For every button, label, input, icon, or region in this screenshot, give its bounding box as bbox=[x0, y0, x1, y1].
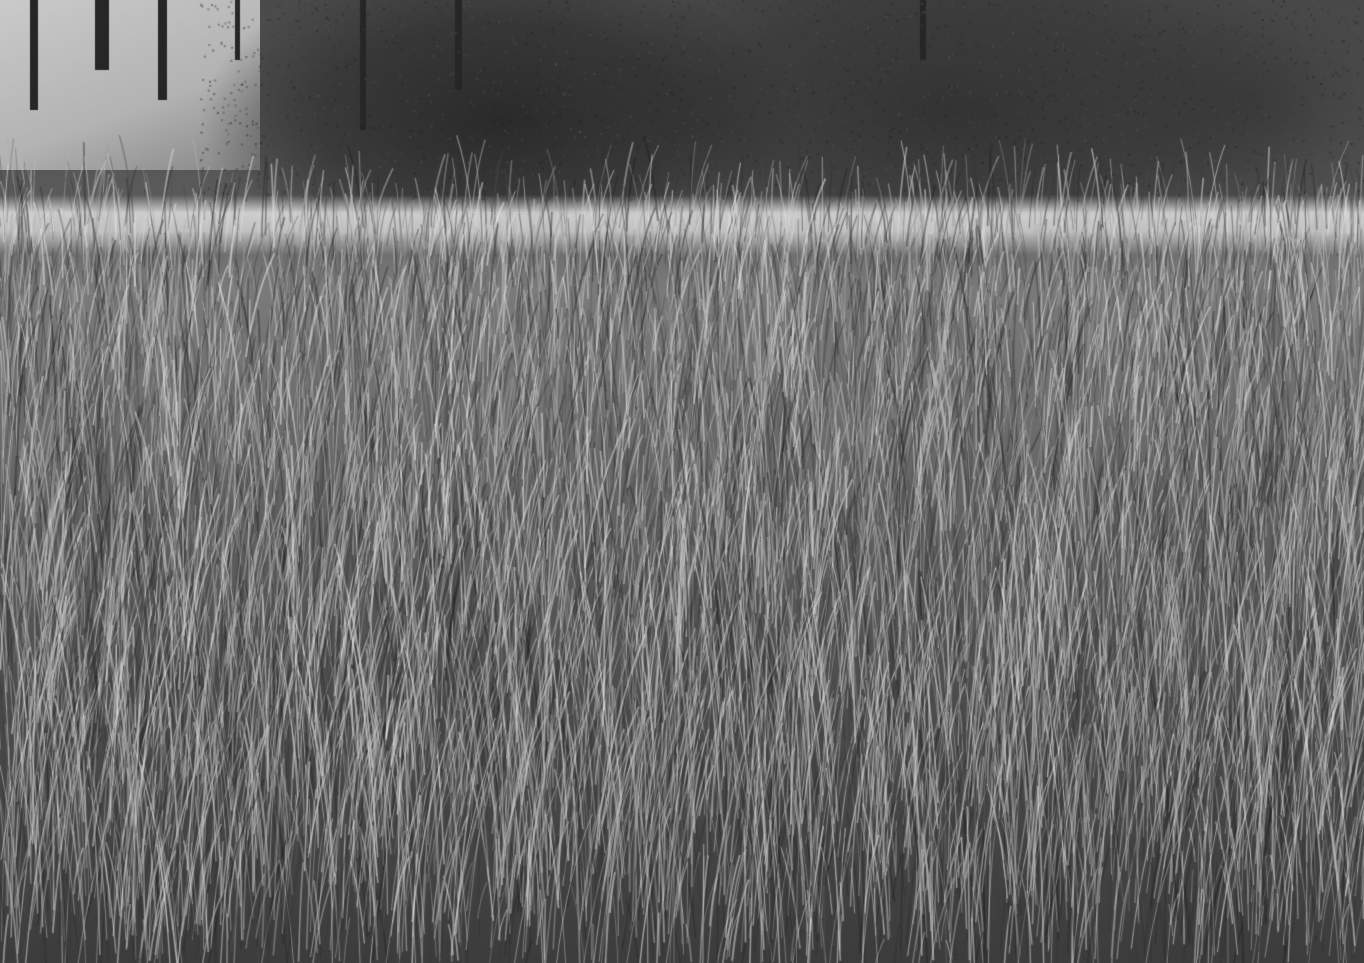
grass-canvas bbox=[0, 0, 1364, 963]
grass-field-photo bbox=[0, 0, 1364, 963]
